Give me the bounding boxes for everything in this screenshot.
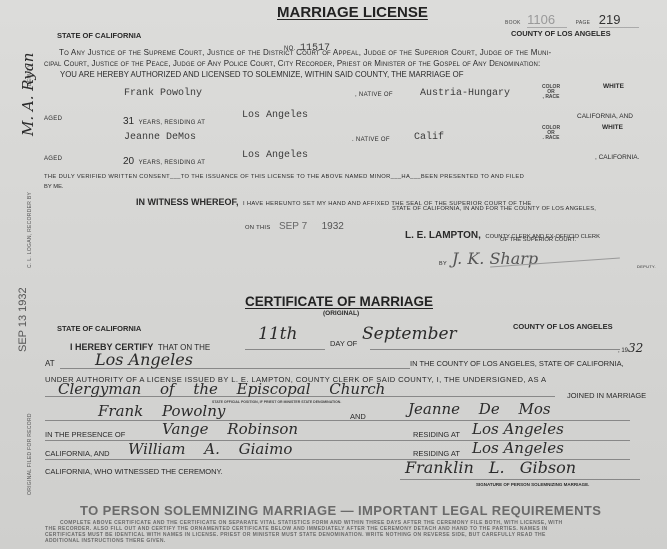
groom-native-label: , NATIVE OF <box>355 92 393 98</box>
groom-name: Frank Powolny <box>124 88 202 99</box>
consent-line-1: THE DULY VERIFIED WRITTEN CONSENT___TO T… <box>44 174 524 180</box>
license-county-label: COUNTY OF LOS ANGELES <box>511 29 611 38</box>
signature-label: SIGNATURE OF PERSON SOLEMNIZING MARRIAGE… <box>476 482 589 487</box>
officiant-signature-rule <box>400 479 640 480</box>
book-label: BOOK <box>505 20 521 26</box>
groom-color-label: COLOR OR , RACE <box>542 85 560 100</box>
preamble-line-2: cipal Court, Justice of the Peace, Judge… <box>44 59 540 68</box>
certificate-groom-name: Frank Powolny <box>98 402 225 420</box>
bride-residence-suffix: , CALIFORNIA. <box>595 154 639 161</box>
and-label: AND <box>350 412 366 421</box>
witness2-name: William A. Giaimo <box>128 440 292 458</box>
certificate-bride-name: Jeanne De Mos <box>408 400 551 418</box>
day-of-label: DAY OF <box>330 339 357 348</box>
certificate-month: September <box>362 324 457 344</box>
officiant-signature: Franklin L. Gibson <box>405 458 576 477</box>
bride-aged-label: AGED <box>44 156 62 162</box>
clerk-name: L. E. LAMPTON, <box>405 230 481 241</box>
groom-native-of: Austria-Hungary <box>420 88 510 99</box>
witness2-residence: Los Angeles <box>472 439 564 457</box>
groom-age: 31 <box>123 116 134 127</box>
presence-label: IN THE PRESENCE OF <box>45 430 125 439</box>
witness-whereof-heading: IN WITNESS WHEREOF, <box>136 197 239 207</box>
bride-name: Jeanne DeMos <box>124 132 196 143</box>
position-note: STATE OFFICIAL POSITION, IF PRIEST OR MI… <box>212 400 341 404</box>
witness2-residing-label: RESIDING AT <box>413 449 460 458</box>
marriage-document: DEPUTY M. A. Ryan C. L. LOGAN, RECORDER … <box>0 0 667 549</box>
license-date-line: ON THIS SEP 7 1932 <box>245 216 344 234</box>
groom-years-label: YEARS, RESIDING AT <box>139 120 206 126</box>
consent-line-2: BY ME. <box>44 184 64 190</box>
bride-age-line: 20 YEARS, RESIDING AT <box>123 151 205 169</box>
certificate-place: Los Angeles <box>95 350 193 369</box>
witnessed-text: CALIFORNIA, WHO WITNESSED THE CEREMONY. <box>45 467 223 476</box>
page-value: 219 <box>599 12 639 28</box>
bride-native-label: . NATIVE OF <box>352 137 390 143</box>
certificate-state-label: STATE OF CALIFORNIA <box>57 324 141 333</box>
clerk-title-2: OF THE SUPERIOR COURT. <box>500 237 576 243</box>
day-rule <box>245 349 325 350</box>
margin-filed-stamp: SEP 13 1932 <box>17 287 29 352</box>
bride-color-label: COLOR OR . RACE <box>542 126 560 141</box>
groom-race: WHITE <box>603 83 624 90</box>
license-date: SEP 7 <box>279 221 307 232</box>
certificate-day: 11th <box>258 324 297 344</box>
groom-aged-label: AGED <box>44 116 62 122</box>
bride-age: 20 <box>123 156 134 167</box>
bride-years-label: YEARS, RESIDING AT <box>139 160 206 166</box>
witness1-residence: Los Angeles <box>472 420 564 438</box>
groom-residence: Los Angeles <box>242 110 308 121</box>
on-this-label: ON THIS <box>245 225 271 231</box>
bride-native-of: Calif <box>414 132 444 143</box>
groom-age-line: 31 YEARS, RESIDING AT <box>123 111 205 129</box>
footer-line-4: ADDITIONAL INSTRUCTIONS THERE GIVEN. <box>45 538 563 544</box>
officiant-position: Clergyman of the Episcopal Church <box>58 380 385 398</box>
book-value: 1106 <box>527 12 567 28</box>
license-state-label: STATE OF CALIFORNIA <box>57 31 141 40</box>
margin-deputy-signature: M. A. Ryan <box>19 53 37 136</box>
license-title: MARRIAGE LICENSE <box>277 4 428 21</box>
footer-instructions: COMPLETE ABOVE CERTIFICATE AND THE CERTI… <box>45 520 563 544</box>
certificate-county-label: COUNTY OF LOS ANGELES <box>513 322 613 331</box>
license-year: 1932 <box>322 221 344 232</box>
page-label: PAGE <box>576 20 591 26</box>
groom-residence-suffix: CALIFORNIA, AND <box>577 113 633 120</box>
month-rule <box>370 349 620 350</box>
margin-filed-label: ORIGINAL FILED FOR RECORD <box>27 413 33 495</box>
bride-residence: Los Angeles <box>242 150 308 161</box>
certificate-year: , 1932 <box>618 339 643 357</box>
joined-label: JOINED IN MARRIAGE <box>567 391 646 400</box>
bride-race: WHITE <box>602 124 623 131</box>
california-and-label: CALIFORNIA, AND <box>45 449 110 458</box>
at-label: AT <box>45 359 55 368</box>
witness1-name: Vange Robinson <box>162 420 298 438</box>
preamble-line-1: To Any Justice of the Supreme Court, Jus… <box>59 48 551 57</box>
preamble-line-3: YOU ARE HEREBY AUTHORIZED AND LICENSED T… <box>60 70 464 79</box>
certificate-title: CERTIFICATE OF MARRIAGE <box>245 294 433 309</box>
certificate-subtitle: (ORIGINAL) <box>323 310 359 317</box>
county-state-text: IN THE COUNTY OF LOS ANGELES, STATE OF C… <box>410 359 624 368</box>
by-label: BY <box>439 261 447 267</box>
witness-whereof-line-2: STATE OF CALIFORNIA, IN AND FOR THE COUN… <box>392 206 596 212</box>
margin-recorder-label: C. L. LOGAN, RECORDER BY <box>27 192 33 268</box>
footer-heading: TO PERSON SOLEMNIZING MARRIAGE — IMPORTA… <box>80 503 601 518</box>
book-page: BOOK 1106 PAGE 219 <box>505 11 639 29</box>
deputy-label: DEPUTY. <box>637 264 656 269</box>
witness1-residing-label: RESIDING AT <box>413 430 460 439</box>
